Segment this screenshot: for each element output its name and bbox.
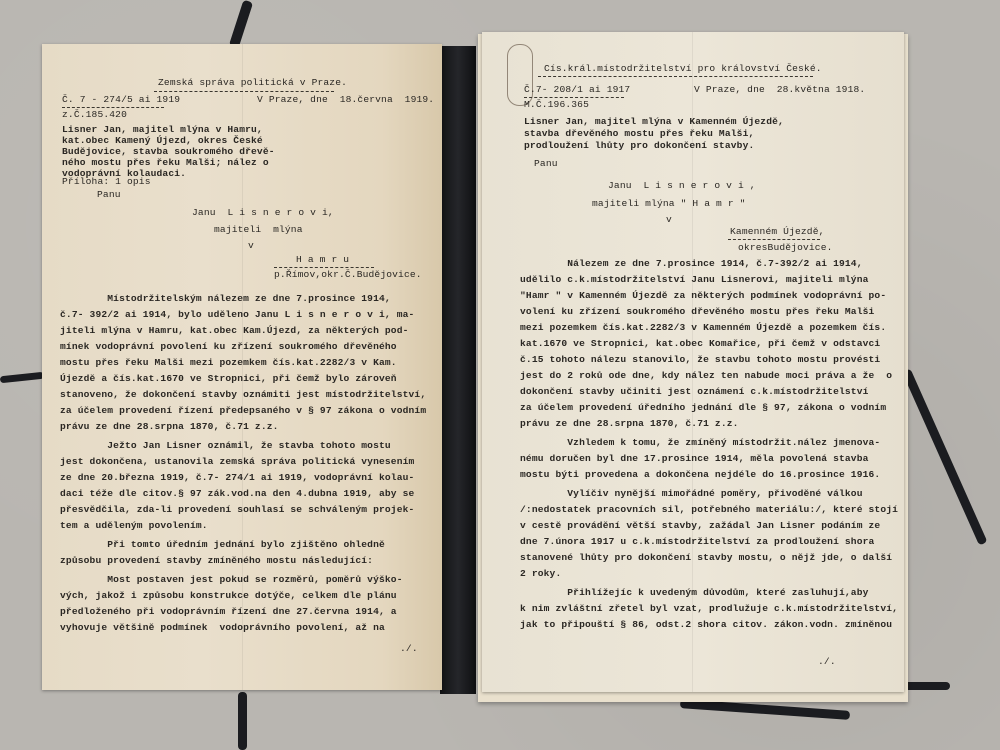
body-line: mezi pozemkem čís.kat.2282/3 v Kamenném … [520,322,886,334]
addressee-name: Janu L i s n e r o v i , [608,180,756,192]
body-line: přesvědčila, zda-li provedení souhlasí s… [60,504,414,516]
body-line: Místodržitelským nálezem ze dne 7.prosin… [60,293,391,305]
place-date: V Praze, dne 18.června 1919. [257,94,434,106]
body-line: č.15 tohoto nálezu stanovilo, že stavbu … [520,354,880,366]
body-line: předloženého při vodoprávním řízení dne … [60,606,397,618]
addressee-place: H a m r u [296,254,349,266]
body-line: stanoveno, že dokončení stavby oznámiti … [60,389,426,401]
body-line: 2 roky. [520,568,561,580]
subject-line: prodloužení lhůty pro dokončení stavby. [524,140,754,152]
body-line: mínek vodoprávní povolení ku zřízení sou… [60,341,397,353]
body-line: Újezdě a čís.kat.1670 ve Stropnici, při … [60,373,397,385]
binding-cord-top [229,0,253,48]
addressee-title: majiteli mlýna " H a m r " [592,198,746,210]
body-line: způsobu provedení stavby zmíněného mostu… [60,555,373,567]
body-line: právu ze dne 28.srpna 1870, č.71 z.z. [60,421,279,433]
body-line: daci téže dle citov.§ 97 zák.vod.na den … [60,488,414,500]
addressee-prep: v [666,214,672,226]
addressee-name: Janu L i s n e r o v i, [192,207,334,219]
body-line: volení ku zřízení soukromého dřevěného m… [520,306,874,318]
letterhead-underline [154,91,334,92]
document-left-page: Zemská správa politická v Praze. Č. 7 - … [42,44,442,690]
reference-number: Č. 7 - 274/5 ai 1919 [62,94,180,106]
binding-cord-bottom-right [680,699,850,720]
body-line: /:nedostatek pracovních sil, potřebného … [520,504,898,516]
binding-cord-bottom-left [238,692,247,750]
reference-underline [524,97,624,98]
continuation-mark: ./. [818,656,836,668]
body-line: vých, jakož i způsobu konstrukce dotýče,… [60,590,397,602]
binding-cord-right [902,368,988,545]
body-line: dne 7.února 1917 u c.k.místodržitelství … [520,536,874,548]
continuation-mark: ./. [400,643,418,655]
salutation: Panu [97,189,121,201]
salutation: Panu [534,158,558,170]
place-date: V Praze, dne 28.května 1918. [694,84,865,96]
body-line: Vylíčiv nynější mimořádné poměry, přivod… [520,488,863,500]
letterhead: Zemská správa politická v Praze. [158,77,347,89]
body-line: dokončení stavby učiniti jest oznámení c… [520,386,869,398]
body-line: Ježto Jan Lisner oznámil, že stavba toho… [60,440,391,452]
body-line: za účelem provedení úředního jednání dle… [520,402,886,414]
document-right-page: Cís.král.místodržitelství pro království… [482,32,904,692]
subject-line: stavba dřevěného mostu přes řeku Malši, [524,128,754,140]
body-line: stanovené lhůty pro dokončení stavby mos… [520,552,892,564]
folder-spine [440,46,476,694]
body-line: č.7- 392/2 ai 1914, bylo uděleno Janu L … [60,309,414,321]
body-line: k nim zvláštní zřetel byl vzat, prodlužu… [520,603,898,615]
body-line: "Hamr " v Kamenném Újezdě za některých p… [520,290,886,302]
body-line: tem a uděleným povolením. [60,520,208,532]
addressee-place: Kamenném Újezdě, [730,226,825,238]
body-line: Vzhledem k tomu, že zmíněný místodržit.n… [520,437,880,449]
body-line: jak to připouští § 86, odst.2 shora cito… [520,619,892,631]
addressee-prep: v [248,240,254,252]
addressee-title: majiteli mlýna [214,224,303,236]
body-line: Most postaven jest pokud se rozměrů, pom… [60,574,403,586]
body-line: nému doručen byl dne 17.prosince 1914, m… [520,453,869,465]
binding-cord-left [0,372,44,384]
body-line: jest dokončena, ustanovila zemská správa… [60,456,414,468]
addressee-place-underline [728,239,820,240]
body-line: mostu býti provedena a dokončena nejdéle… [520,469,880,481]
body-line: vyhovuje většině podmínek vodoprávního p… [60,622,385,634]
letterhead-underline [538,76,813,77]
subject-line: Lisner Jan, majitel mlýna v Kamenném Úje… [524,116,784,128]
body-line: právu ze dne 28.srpna 1870, č.71 z.z. [520,418,739,430]
reference-underline [62,107,164,108]
body-line: v cestě provádění větší stavby, zažádal … [520,520,880,532]
reference-number: Č.7- 208/1 ai 1917 [524,84,630,96]
letterhead: Cís.král.místodržitelství pro království… [544,63,822,75]
registry-number: M.Č.196.365 [524,99,589,111]
body-line: mostu přes řeku Malši mezi pozemkem čís.… [60,357,397,369]
body-line: Při tomto úředním jednání bylo zjištěno … [60,539,385,551]
body-line: Přihlížejíc k uvedeným důvodům, které za… [520,587,869,599]
body-line: Nálezem ze dne 7.prosince 1914, č.7-392/… [520,258,863,270]
addressee-place-underline [274,267,374,268]
addressee-district: okresBudějovice. [738,242,833,254]
body-line: jest do 2 roků ode dne, kdy nález ten na… [520,370,892,382]
body-line: za účelem provedení řízení předepsaného … [60,405,426,417]
body-line: ze dne 20.března 1919, č.7- 274/1 ai 191… [60,472,414,484]
body-line: jiteli mlýna v Hamru, kat.obec Kam.Újezd… [60,325,409,337]
body-line: udělilo c.k.místodržitelství Janu Lisner… [520,274,869,286]
registry-number: z.Č.185.420 [62,109,127,121]
attachment-note: Příloha: 1 opis [62,176,151,188]
body-line: kat.1670 ve Stropnici, kat.obec Komařice… [520,338,880,350]
addressee-district: p.Římov,okr.Č.Budějovice. [274,269,422,281]
